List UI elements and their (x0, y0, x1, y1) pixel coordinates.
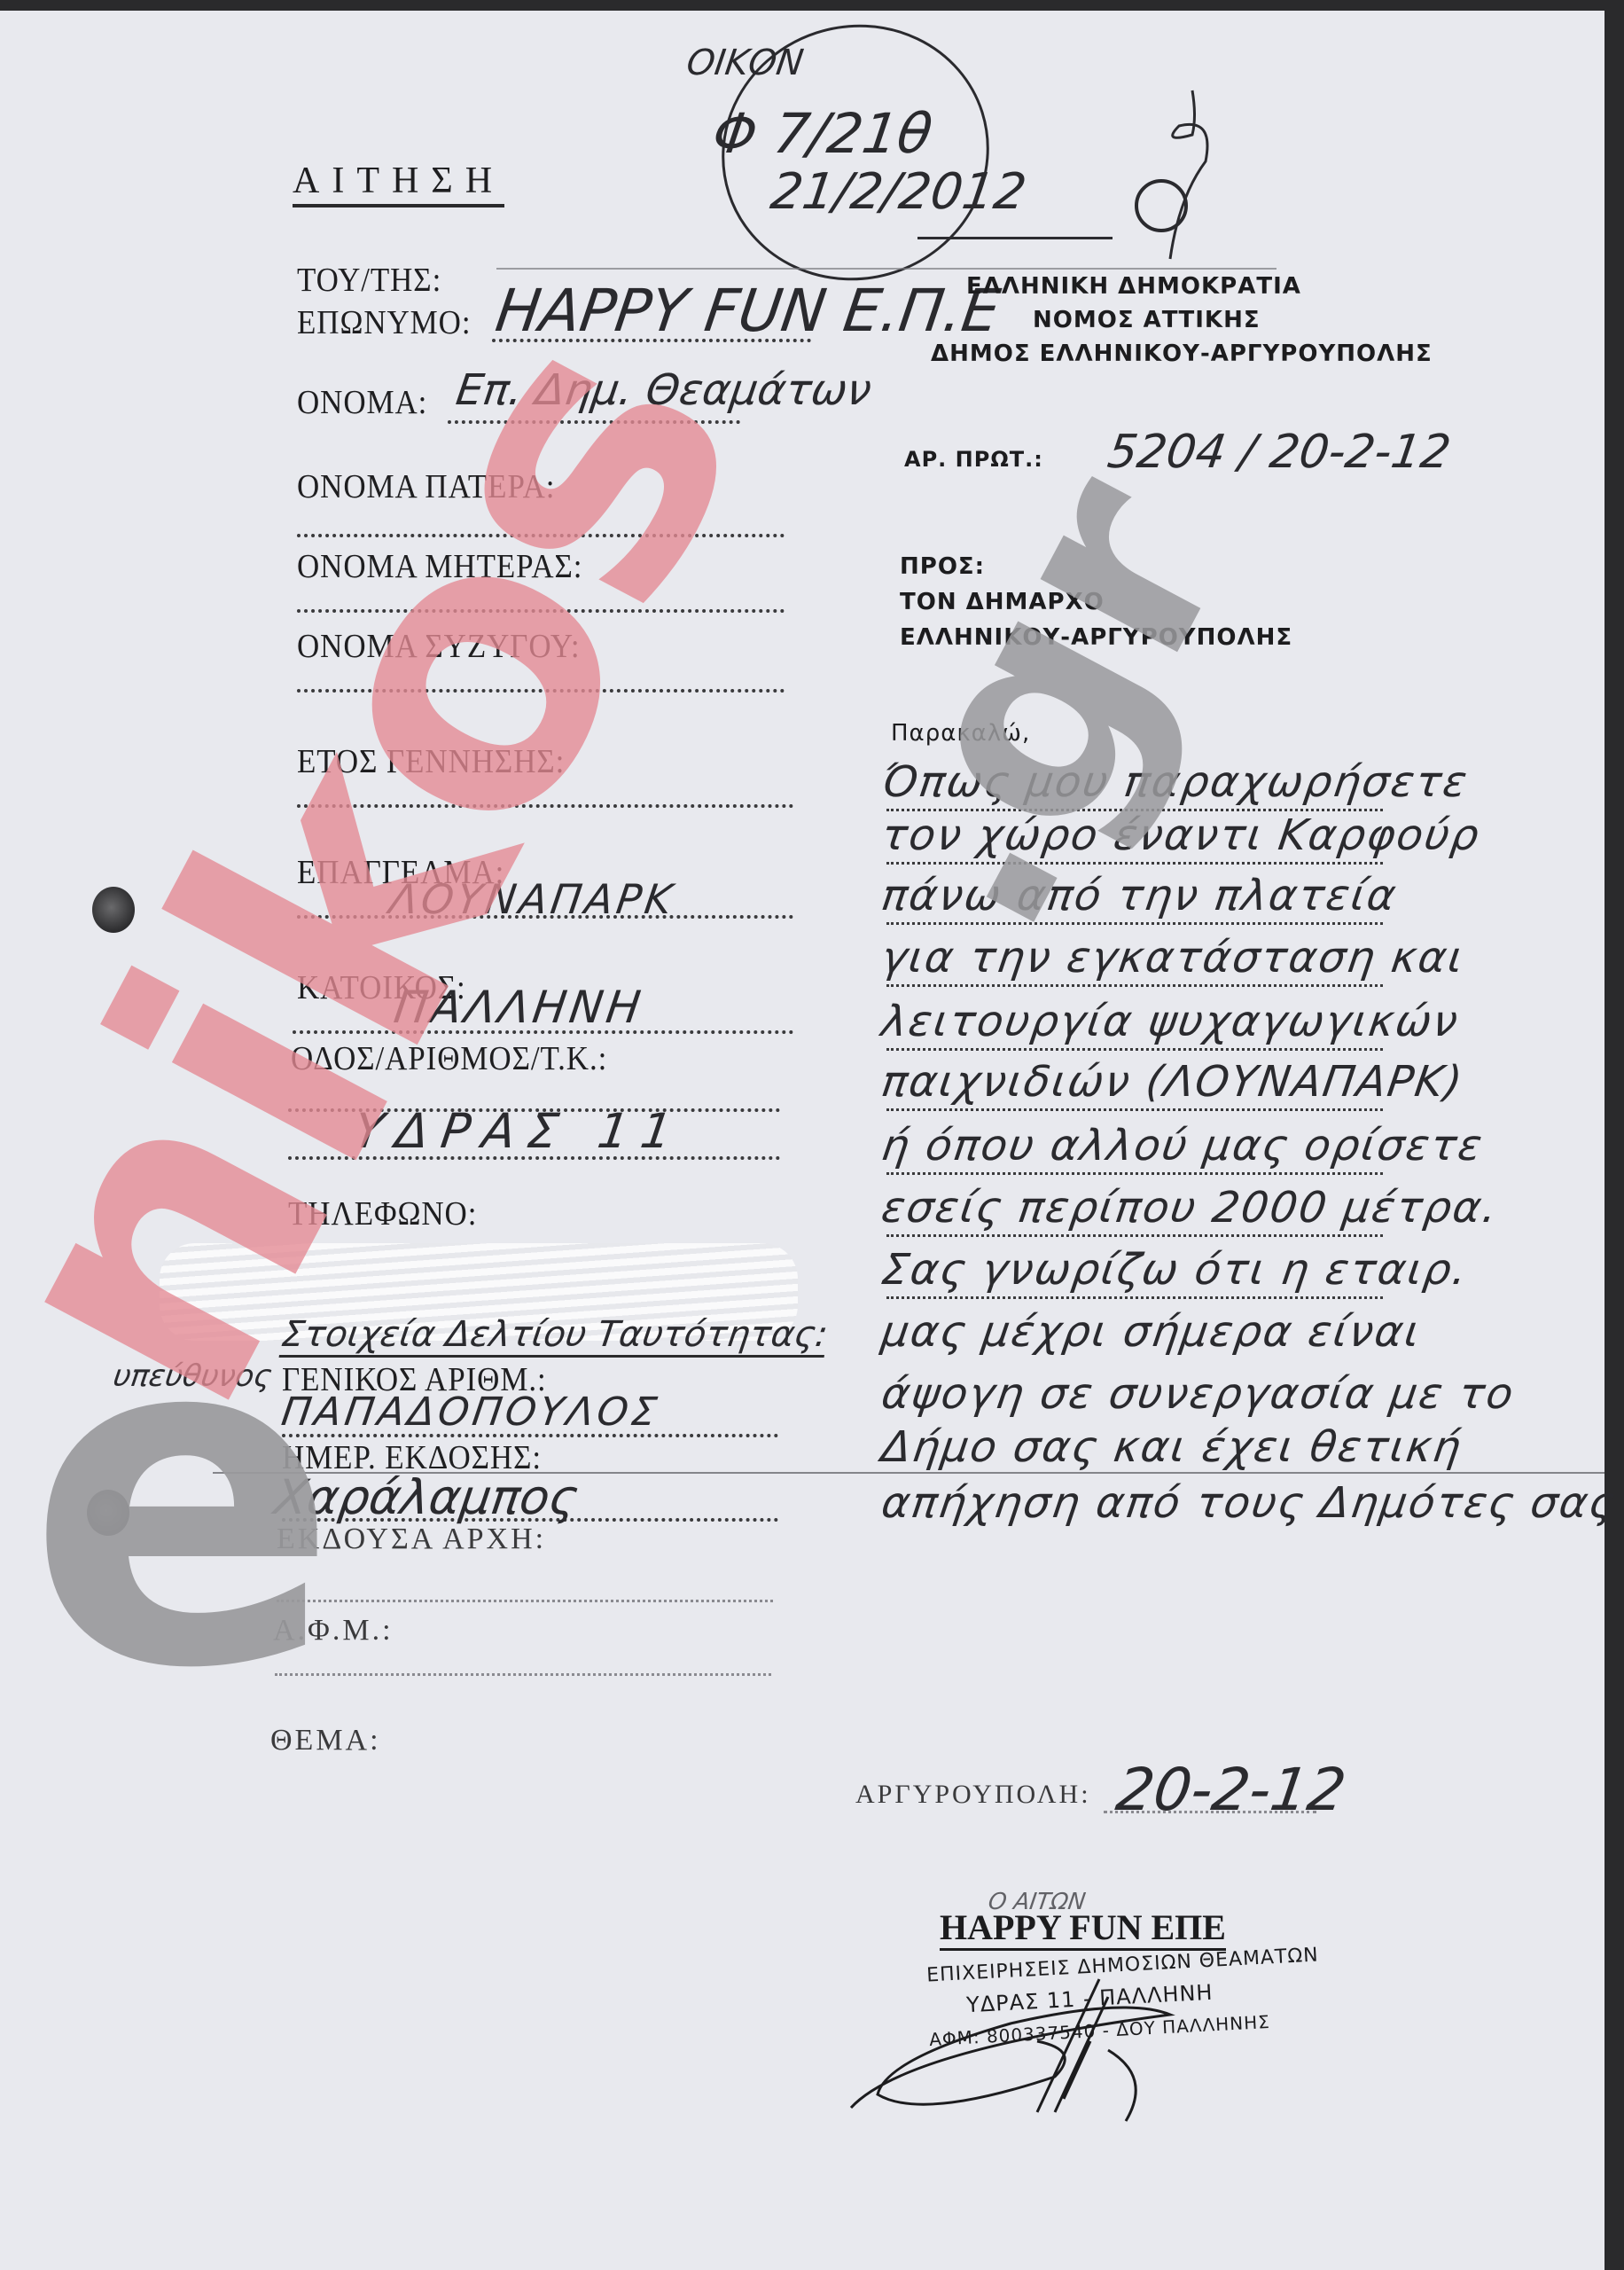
request-dotted-line (886, 1172, 1383, 1175)
afm-dotted-line (275, 1673, 771, 1676)
office-note-underline (917, 237, 1113, 239)
office-note-date: 21/2/2012 (767, 163, 1029, 221)
initials-signature-icon (1108, 82, 1232, 268)
request-line: για την εγκατάσταση και (878, 933, 1468, 982)
request-dotted-line (886, 1048, 1383, 1051)
request-dotted-line (886, 1296, 1383, 1299)
request-line: μας μέχρι σήμερα είναι (878, 1307, 1425, 1357)
protocol-value: 5204 / 20-2-12 (1105, 426, 1454, 479)
document-title: ΑΙΤΗΣΗ (293, 160, 504, 207)
request-dotted-line (886, 1108, 1383, 1111)
place-label: ΑΡΓΥΡΟΥΠΟΛΗ: (855, 1780, 1091, 1810)
request-line: Σας γνωρίζω ότι η εταιρ. (878, 1245, 1472, 1295)
request-line: λειτουργία ψυχαγωγικών (878, 997, 1463, 1046)
request-dotted-line (886, 984, 1383, 987)
request-line: εσείς περίπου 2000 μέτρα. (878, 1183, 1502, 1233)
request-line: άψογη σε συνεργασία με το (878, 1369, 1518, 1419)
scanned-document-page: ΑΙΤΗΣΗ ΟΙΚΟΝ Φ 7/21θ 21/2/2012 ΤΟΥ/ΤΗΣ: … (0, 11, 1604, 2270)
request-dotted-line (886, 1234, 1383, 1237)
request-line: παιχνιδιών (ΛΟΥΝΑΠΑΡΚ) (878, 1057, 1466, 1107)
request-dotted-line (886, 922, 1383, 925)
office-note-file-ref: Φ 7/21θ (709, 101, 936, 166)
request-line: απήχηση από τους Δημότες σας (878, 1478, 1620, 1528)
issuing-authority-dotted-line (277, 1600, 773, 1602)
top-divider (496, 268, 1277, 270)
place-date-value: 20-2-12 (1113, 1756, 1350, 1824)
recipient-header-line2: ΝΟΜΟΣ ΑΤΤΙΚΗΣ (1033, 307, 1261, 333)
request-line: ή όπου αλλού μας ορίσετε (878, 1121, 1487, 1170)
recipient-header-line3: ΔΗΜΟΣ ΕΛΛΗΝΙΚΟΥ-ΑΡΓΥΡΟΥΠΟΛΗΣ (931, 340, 1433, 367)
signature-icon (833, 1944, 1206, 2130)
recipient-header-line1: ΕΛΛΗΝΙΚΗ ΔΗΜΟΚΡΑΤΙΑ (966, 273, 1301, 300)
office-note-line1: ΟΙΚΟΝ (684, 43, 806, 83)
request-line: Δήμο σας και έχει θετική (878, 1422, 1465, 1472)
